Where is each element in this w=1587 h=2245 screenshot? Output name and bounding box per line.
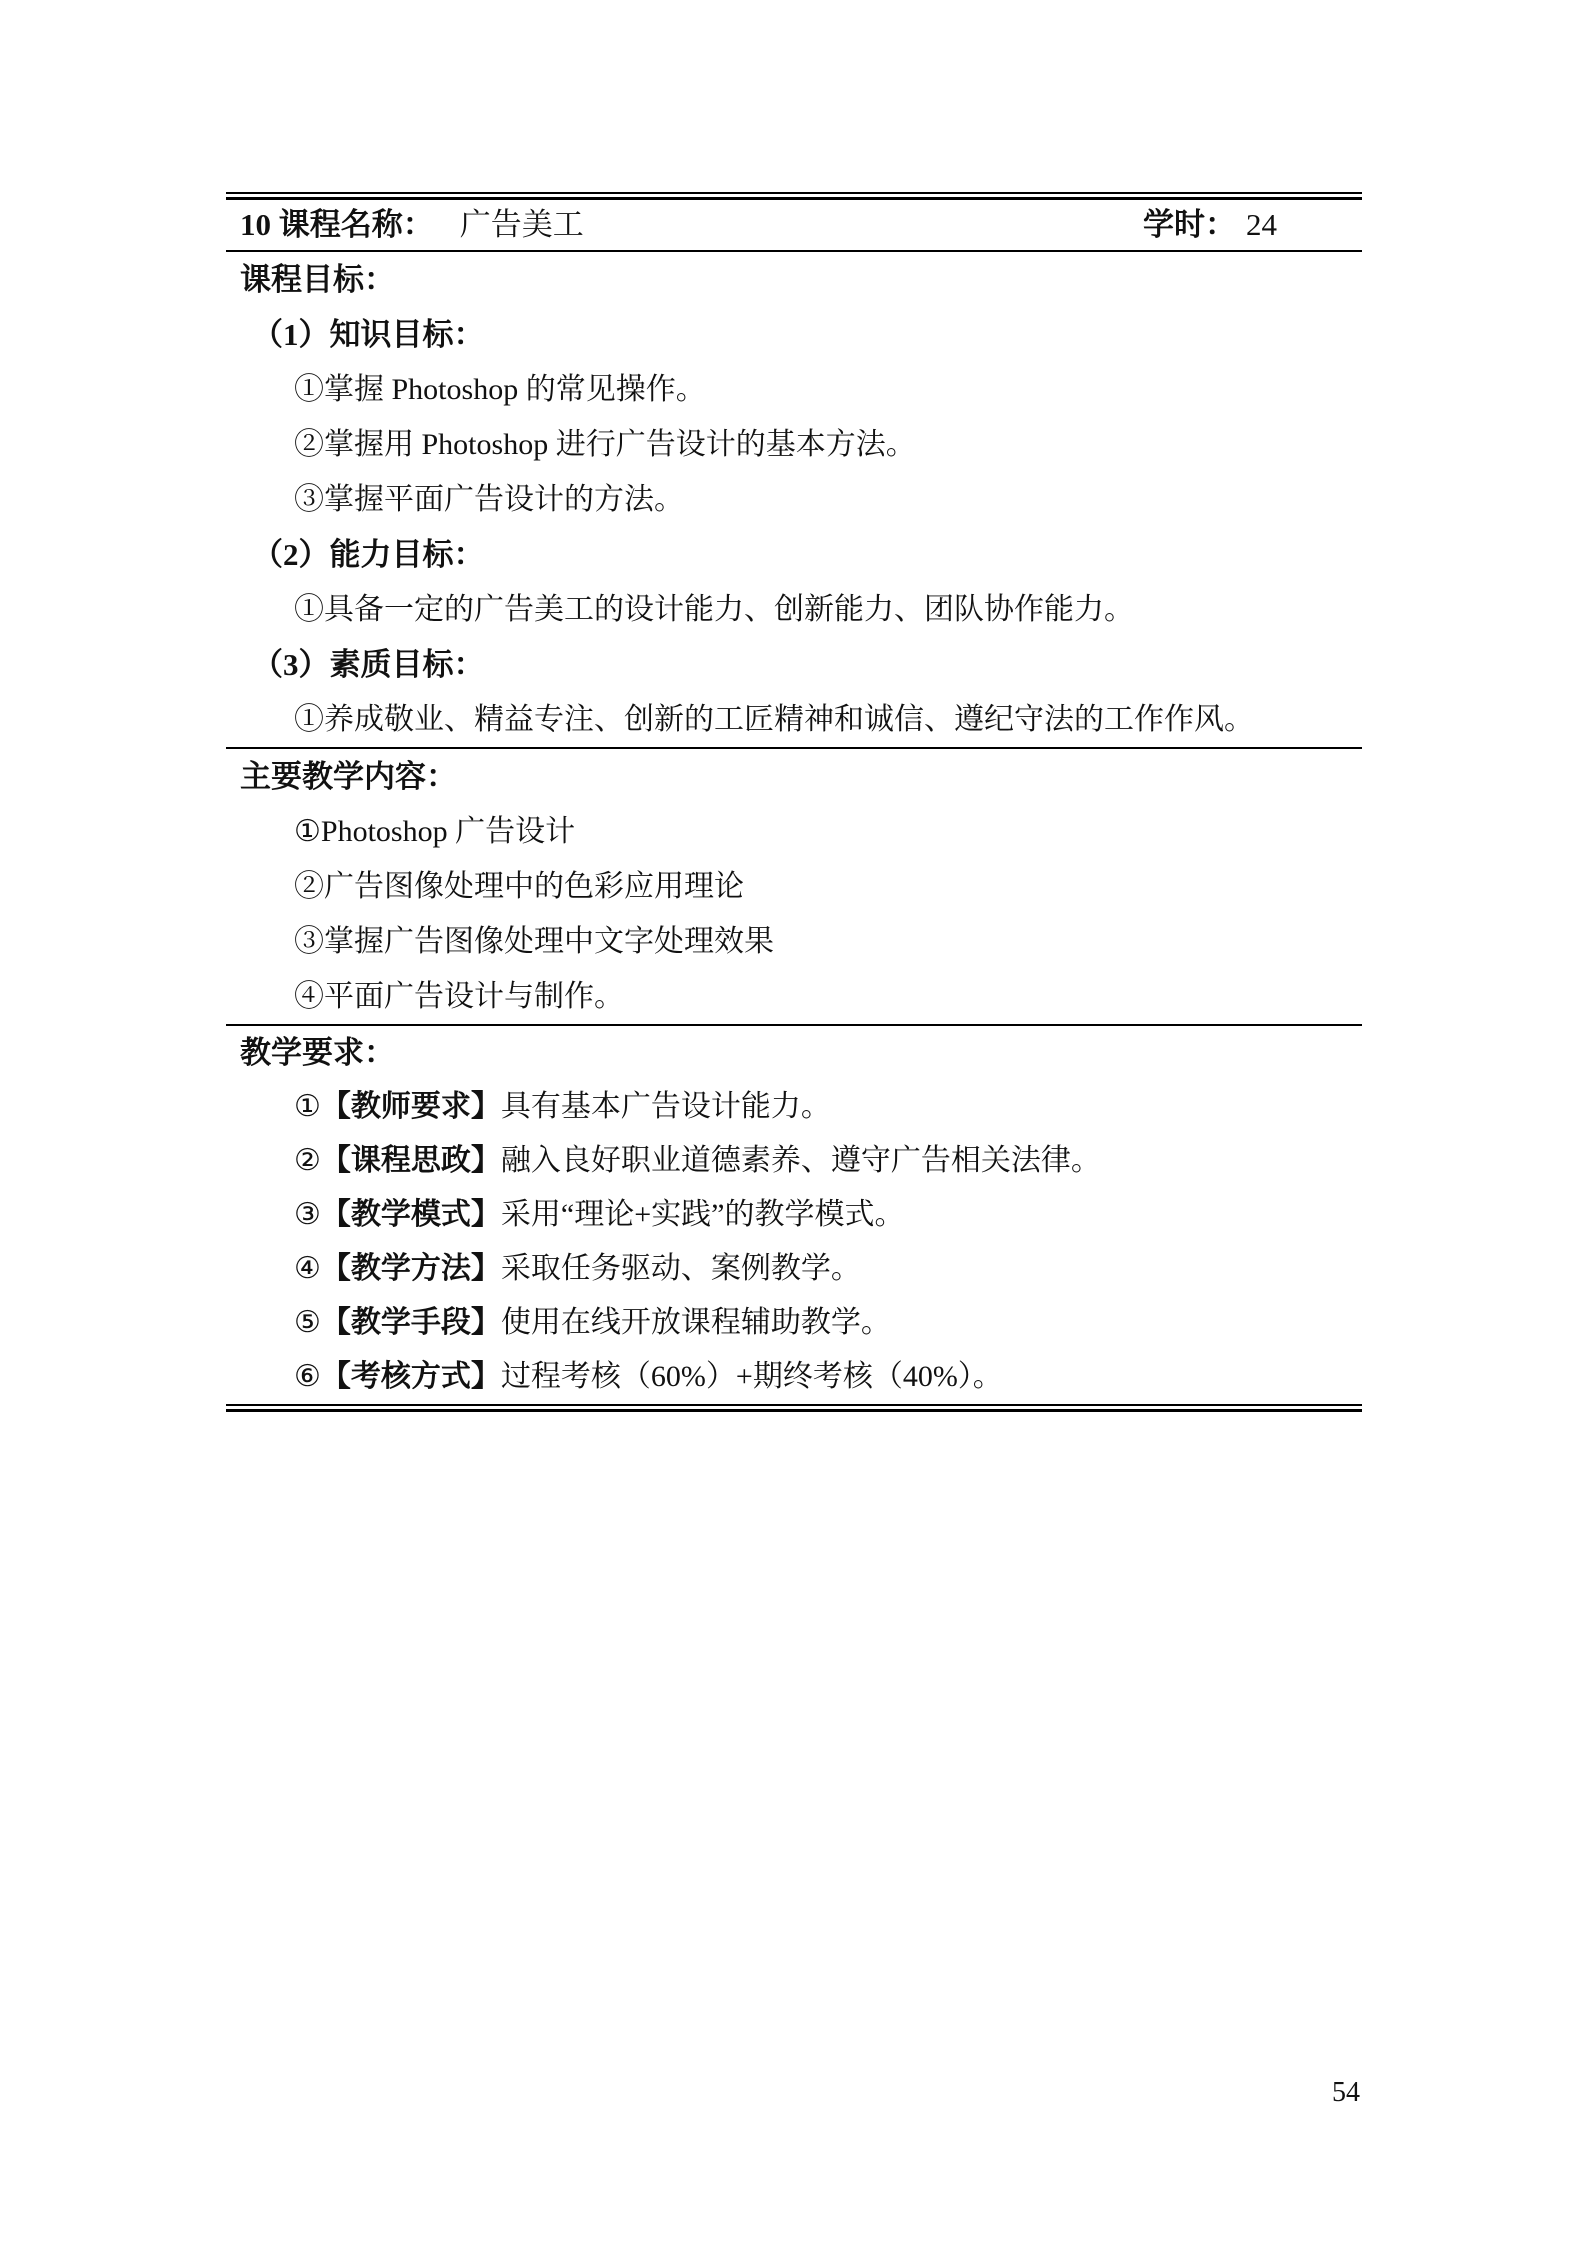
objectives-item: ②掌握用 Photoshop 进行广告设计的基本方法。	[226, 417, 1362, 472]
content-item: ④平面广告设计与制作。	[226, 969, 1362, 1024]
section-course-objectives: 课程目标： （1）知识目标： ①掌握 Photoshop 的常见操作。 ②掌握用…	[226, 252, 1362, 749]
requirement-item: ③【教学模式】采用“理论+实践”的教学模式。	[226, 1188, 1362, 1242]
objectives-subhead-quality: （3）素质目标：	[226, 637, 1362, 692]
objectives-subhead-ability: （2）能力目标：	[226, 527, 1362, 582]
item-tag: 【考核方式】	[321, 1360, 501, 1393]
course-label: 10 课程名称：	[240, 207, 434, 242]
item-text: 采取任务驱动、案例教学。	[501, 1252, 861, 1285]
item-text: 采用“理论+实践”的教学模式。	[501, 1198, 905, 1231]
hours-value: 24	[1246, 207, 1277, 242]
table-bottom-border	[226, 1404, 1362, 1412]
page-number: 54	[1332, 2076, 1360, 2110]
item-text: 融入良好职业道德素养、遵守广告相关法律。	[501, 1144, 1101, 1177]
item-text: 使用在线开放课程辅助教学。	[501, 1306, 891, 1339]
item-tag: 【教学模式】	[321, 1198, 501, 1231]
item-number: ②	[294, 1144, 321, 1177]
course-header-left: 10 课程名称：广告美工	[240, 200, 584, 250]
section-teaching-content: 主要教学内容： ①Photoshop 广告设计 ②广告图像处理中的色彩应用理论 …	[226, 749, 1362, 1026]
objectives-item: ③掌握平面广告设计的方法。	[226, 472, 1362, 527]
item-tag: 【教学方法】	[321, 1252, 501, 1285]
objectives-item: ①具备一定的广告美工的设计能力、创新能力、团队协作能力。	[226, 582, 1362, 637]
requirement-item: ⑥【考核方式】过程考核（60%）+期终考核（40%）。	[226, 1350, 1362, 1404]
table-top-border	[226, 192, 1362, 200]
course-table: 10 课程名称：广告美工 学时：24 课程目标： （1）知识目标： ①掌握 Ph…	[226, 192, 1362, 1412]
item-tag: 【课程思政】	[321, 1144, 501, 1177]
item-text: 具有基本广告设计能力。	[501, 1090, 831, 1123]
course-header-right: 学时：24	[1143, 200, 1277, 250]
item-tag: 【教学手段】	[321, 1306, 501, 1339]
item-number: ④	[294, 1252, 321, 1285]
requirement-item: ①【教师要求】具有基本广告设计能力。	[226, 1080, 1362, 1134]
hours-label: 学时：	[1143, 207, 1236, 242]
document-page: { "page": { "number": "54", "background_…	[0, 0, 1587, 2245]
objectives-item: ①养成敬业、精益专注、创新的工匠精神和诚信、遵纪守法的工作作风。	[226, 692, 1362, 747]
item-number: ⑥	[294, 1360, 321, 1393]
section-title: 课程目标：	[226, 252, 1362, 307]
content-item: ①Photoshop 广告设计	[226, 804, 1362, 859]
objectives-item: ①掌握 Photoshop 的常见操作。	[226, 362, 1362, 417]
objectives-subhead-knowledge: （1）知识目标：	[226, 307, 1362, 362]
content-item: ②广告图像处理中的色彩应用理论	[226, 859, 1362, 914]
requirement-item: ④【教学方法】采取任务驱动、案例教学。	[226, 1242, 1362, 1296]
course-header-row: 10 课程名称：广告美工 学时：24	[226, 200, 1362, 252]
item-number: ①	[294, 1090, 321, 1123]
section-title: 教学要求：	[226, 1026, 1362, 1080]
requirement-item: ②【课程思政】融入良好职业道德素养、遵守广告相关法律。	[226, 1134, 1362, 1188]
course-name: 广告美工	[460, 207, 584, 242]
section-teaching-requirements: 教学要求： ①【教师要求】具有基本广告设计能力。 ②【课程思政】融入良好职业道德…	[226, 1026, 1362, 1404]
item-tag: 【教师要求】	[321, 1090, 501, 1123]
item-text: 过程考核（60%）+期终考核（40%）。	[501, 1360, 1003, 1393]
item-number: ③	[294, 1198, 321, 1231]
content-item: ③掌握广告图像处理中文字处理效果	[226, 914, 1362, 969]
item-number: ⑤	[294, 1306, 321, 1339]
section-title: 主要教学内容：	[226, 749, 1362, 804]
requirement-item: ⑤【教学手段】使用在线开放课程辅助教学。	[226, 1296, 1362, 1350]
